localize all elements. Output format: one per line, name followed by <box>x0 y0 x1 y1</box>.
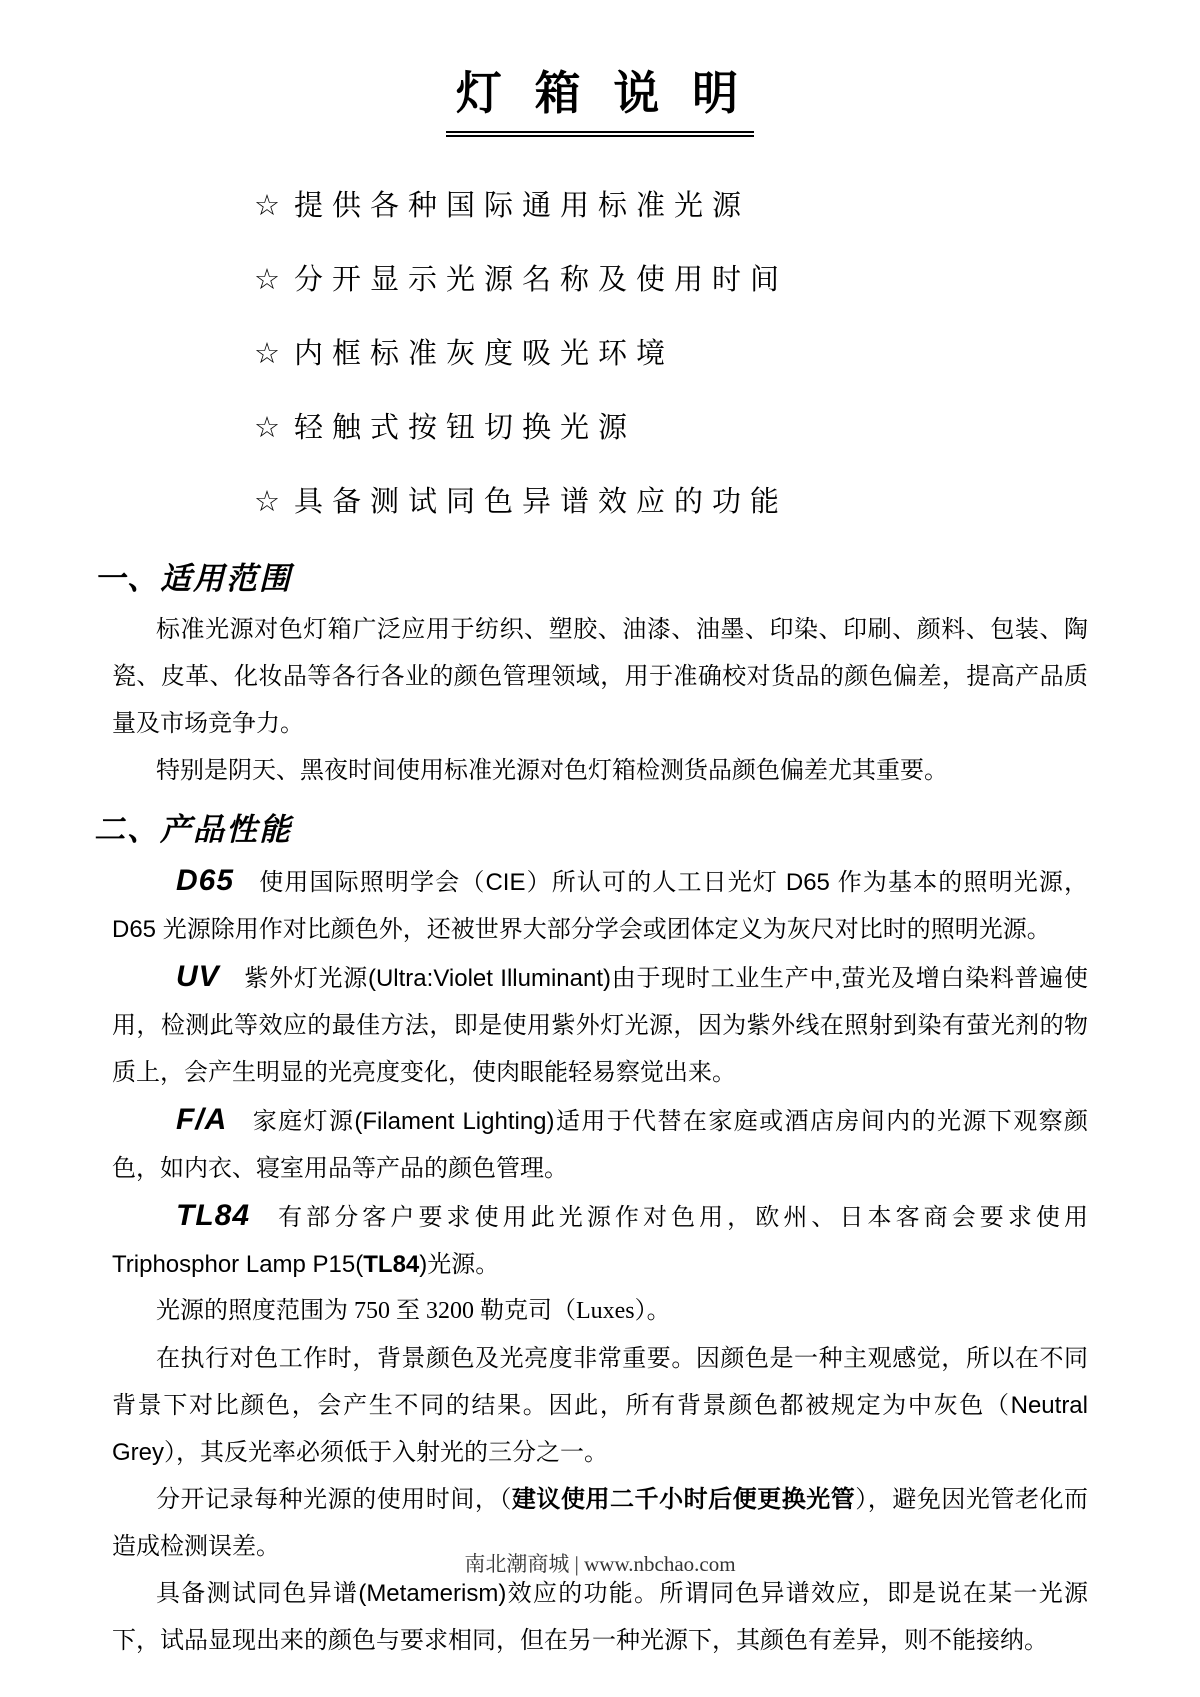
section-performance: 二、产品性能 D65使用国际照明学会（CIE）所认可的人工日光灯 D65 作为基… <box>112 804 1088 1664</box>
document-body: 一、适用范围 标准光源对色灯箱广泛应用于纺织、塑胶、油漆、油墨、印染、印刷、颜料… <box>112 553 1088 1664</box>
star-icon: ☆ <box>254 412 280 444</box>
text-segment: TL84 <box>363 1251 419 1278</box>
section-heading-performance: 二、产品性能 <box>94 804 1088 849</box>
paragraph: 具备测试同色异谱(Metamerism)效应的功能。所谓同色异谱效应，即是说在某… <box>112 1570 1088 1664</box>
feature-item: ☆提供各种国际通用标准光源 <box>254 183 1088 224</box>
text-segment: 标准光源对色灯箱广泛应用于纺织、塑胶、油漆、油墨、印染、印刷、颜料、包装、陶瓷、… <box>112 616 1088 737</box>
paragraph: 在执行对色工作时，背景颜色及光亮度非常重要。因颜色是一种主观感觉，所以在不同背景… <box>112 1335 1088 1476</box>
paragraph: TL84有部分客户要求使用此光源作对色用，欧州、日本客商会要求使用 Tripho… <box>112 1192 1088 1288</box>
feature-text: 内框标准灰度吸光环境 <box>294 338 674 370</box>
light-source-label: TL84 <box>176 1199 250 1232</box>
text-segment: 使用国际照明学会（CIE）所认可的人工日光灯 D65 作为基本的照明光源，D65… <box>112 869 1088 943</box>
light-source-label: F/A <box>176 1103 227 1136</box>
section-scope: 一、适用范围 标准光源对色灯箱广泛应用于纺织、塑胶、油漆、油墨、印染、印刷、颜料… <box>112 553 1088 794</box>
feature-item: ☆具备测试同色异谱效应的功能 <box>254 479 1088 520</box>
feature-item: ☆分开显示光源名称及使用时间 <box>254 257 1088 298</box>
text-segment: 光源的照度范围为 750 至 3200 勒克司（Luxes）。 <box>156 1298 671 1324</box>
paragraph: 特别是阴天、黑夜时间使用标准光源对色灯箱检测货品颜色偏差尤其重要。 <box>112 747 1088 794</box>
section-performance-paragraphs: D65使用国际照明学会（CIE）所认可的人工日光灯 D65 作为基本的照明光源，… <box>112 857 1088 1664</box>
page-footer: 南北潮商城 | www.nbchao.com <box>0 1548 1200 1578</box>
text-segment: 紫外灯光源(Ultra:Violet Illuminant)由于现时工业生产中,… <box>112 965 1088 1086</box>
document-content: 灯 箱 说 明 ☆提供各种国际通用标准光源☆分开显示光源名称及使用时间☆内框标准… <box>0 0 1200 1664</box>
text-segment: 特别是阴天、黑夜时间使用标准光源对色灯箱检测货品颜色偏差尤其重要。 <box>156 757 948 784</box>
feature-text: 分开显示光源名称及使用时间 <box>294 264 788 296</box>
title-row: 灯 箱 说 明 <box>112 55 1088 137</box>
features-list: ☆提供各种国际通用标准光源☆分开显示光源名称及使用时间☆内框标准灰度吸光环境☆轻… <box>254 183 1088 520</box>
paragraph: UV紫外灯光源(Ultra:Violet Illuminant)由于现时工业生产… <box>112 953 1088 1096</box>
text-segment: 分开记录每种光源的使用时间，（ <box>156 1486 512 1513</box>
text-segment: 有部分客户要求使用此光源作对色用，欧州、日本客商会要求使用 Triphospho… <box>112 1204 1088 1278</box>
light-source-label: UV <box>176 960 220 993</box>
star-icon: ☆ <box>254 264 280 296</box>
paragraph: 光源的照度范围为 750 至 3200 勒克司（Luxes）。 <box>112 1288 1088 1335</box>
section-heading-scope: 一、适用范围 <box>94 553 1088 598</box>
text-segment: 在执行对色工作时，背景颜色及光亮度非常重要。因颜色是一种主观感觉，所以在不同背景… <box>112 1345 1088 1466</box>
feature-item: ☆内框标准灰度吸光环境 <box>254 331 1088 372</box>
text-segment: 具备测试同色异谱(Metamerism)效应的功能。所谓同色异谱效应，即是说在某… <box>112 1580 1088 1654</box>
feature-text: 提供各种国际通用标准光源 <box>294 190 750 222</box>
star-icon: ☆ <box>254 190 280 222</box>
text-segment: 家庭灯源(Filament Lighting)适用于代替在家庭或酒店房间内的光源… <box>112 1108 1088 1182</box>
text-segment: )光源。 <box>419 1251 499 1278</box>
paragraph: F/A家庭灯源(Filament Lighting)适用于代替在家庭或酒店房间内… <box>112 1096 1088 1192</box>
star-icon: ☆ <box>254 486 280 518</box>
feature-item: ☆轻触式按钮切换光源 <box>254 405 1088 446</box>
page-title: 灯 箱 说 明 <box>446 55 754 137</box>
footer-text: 南北潮商城 | www.nbchao.com <box>464 1552 735 1576</box>
star-icon: ☆ <box>254 338 280 370</box>
feature-text: 轻触式按钮切换光源 <box>294 412 636 444</box>
paragraph: 标准光源对色灯箱广泛应用于纺织、塑胶、油漆、油墨、印染、印刷、颜料、包装、陶瓷、… <box>112 606 1088 747</box>
section-scope-paragraphs: 标准光源对色灯箱广泛应用于纺织、塑胶、油漆、油墨、印染、印刷、颜料、包装、陶瓷、… <box>112 606 1088 794</box>
light-source-label: D65 <box>176 864 234 897</box>
text-segment: 建议使用二千小时后便更换光管 <box>512 1486 855 1513</box>
paragraph: D65使用国际照明学会（CIE）所认可的人工日光灯 D65 作为基本的照明光源，… <box>112 857 1088 953</box>
document-page: 灯 箱 说 明 ☆提供各种国际通用标准光源☆分开显示光源名称及使用时间☆内框标准… <box>0 0 1200 1697</box>
feature-text: 具备测试同色异谱效应的功能 <box>294 486 788 518</box>
